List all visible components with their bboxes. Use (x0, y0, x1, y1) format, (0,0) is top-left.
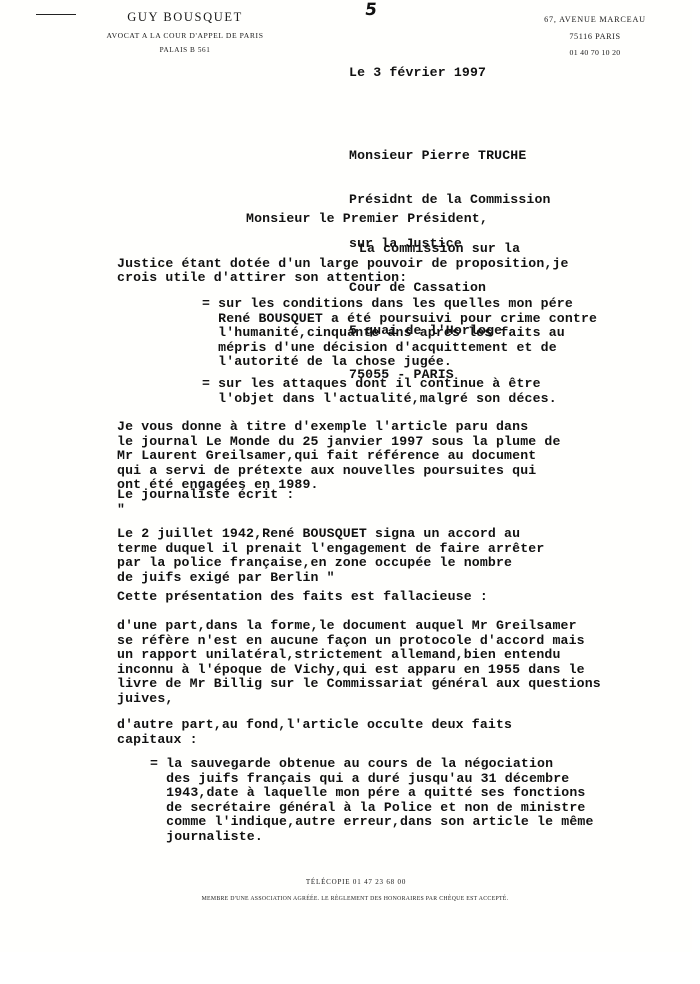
letterhead-title: AVOCAT A LA COUR D'APPEL DE PARIS (0, 31, 350, 40)
letterhead-phone: 01 40 70 10 20 (520, 48, 670, 57)
journalist-writes: Le journaliste écrit : " (117, 488, 294, 517)
recipient-line: Monsieur Pierre TRUCHE (349, 149, 551, 164)
footer-note: MEMBRE D'UNE ASSOCIATION AGRÉÉE. LE RÈGL… (0, 896, 692, 902)
salutation: Monsieur le Premier Président, (246, 212, 488, 227)
letterhead-name: GUY BOUSQUET (0, 10, 350, 25)
article-paragraph: Je vous donne à titre d'exemple l'articl… (117, 420, 561, 493)
first-point-paragraph: d'une part,dans la forme,le document auq… (117, 619, 601, 707)
letterhead-address-city: 75116 PARIS (520, 32, 670, 41)
handwritten-page-number: 5 (364, 0, 379, 20)
letterhead-palais: PALAIS B 561 (0, 46, 350, 54)
intro-paragraph: La commission sur la Justice étant dotée… (117, 242, 569, 286)
bullet-conditions: = sur les conditions dans les quelles mo… (202, 297, 597, 370)
letter-page: GUY BOUSQUET AVOCAT A LA COUR D'APPEL DE… (0, 0, 692, 952)
recipient-line: Présidnt de la Commission (349, 193, 551, 208)
letterhead-address-street: 67, AVENUE MARCEAU (520, 15, 670, 24)
journalist-quote: Le 2 juillet 1942,René BOUSQUET signa un… (117, 527, 544, 585)
fallacious-statement: Cette présentation des faits est fallaci… (117, 590, 488, 605)
bullet-safeguard: = la sauvegarde obtenue au cours de la n… (150, 757, 594, 845)
footer-fax: TÉLÉCOPIE 01 47 23 68 00 (0, 878, 692, 886)
bullet-attacks: = sur les attaques dont il continue à êt… (202, 377, 557, 406)
second-point-paragraph: d'autre part,au fond,l'article occulte d… (117, 718, 512, 747)
letter-date: Le 3 février 1997 (349, 66, 486, 81)
